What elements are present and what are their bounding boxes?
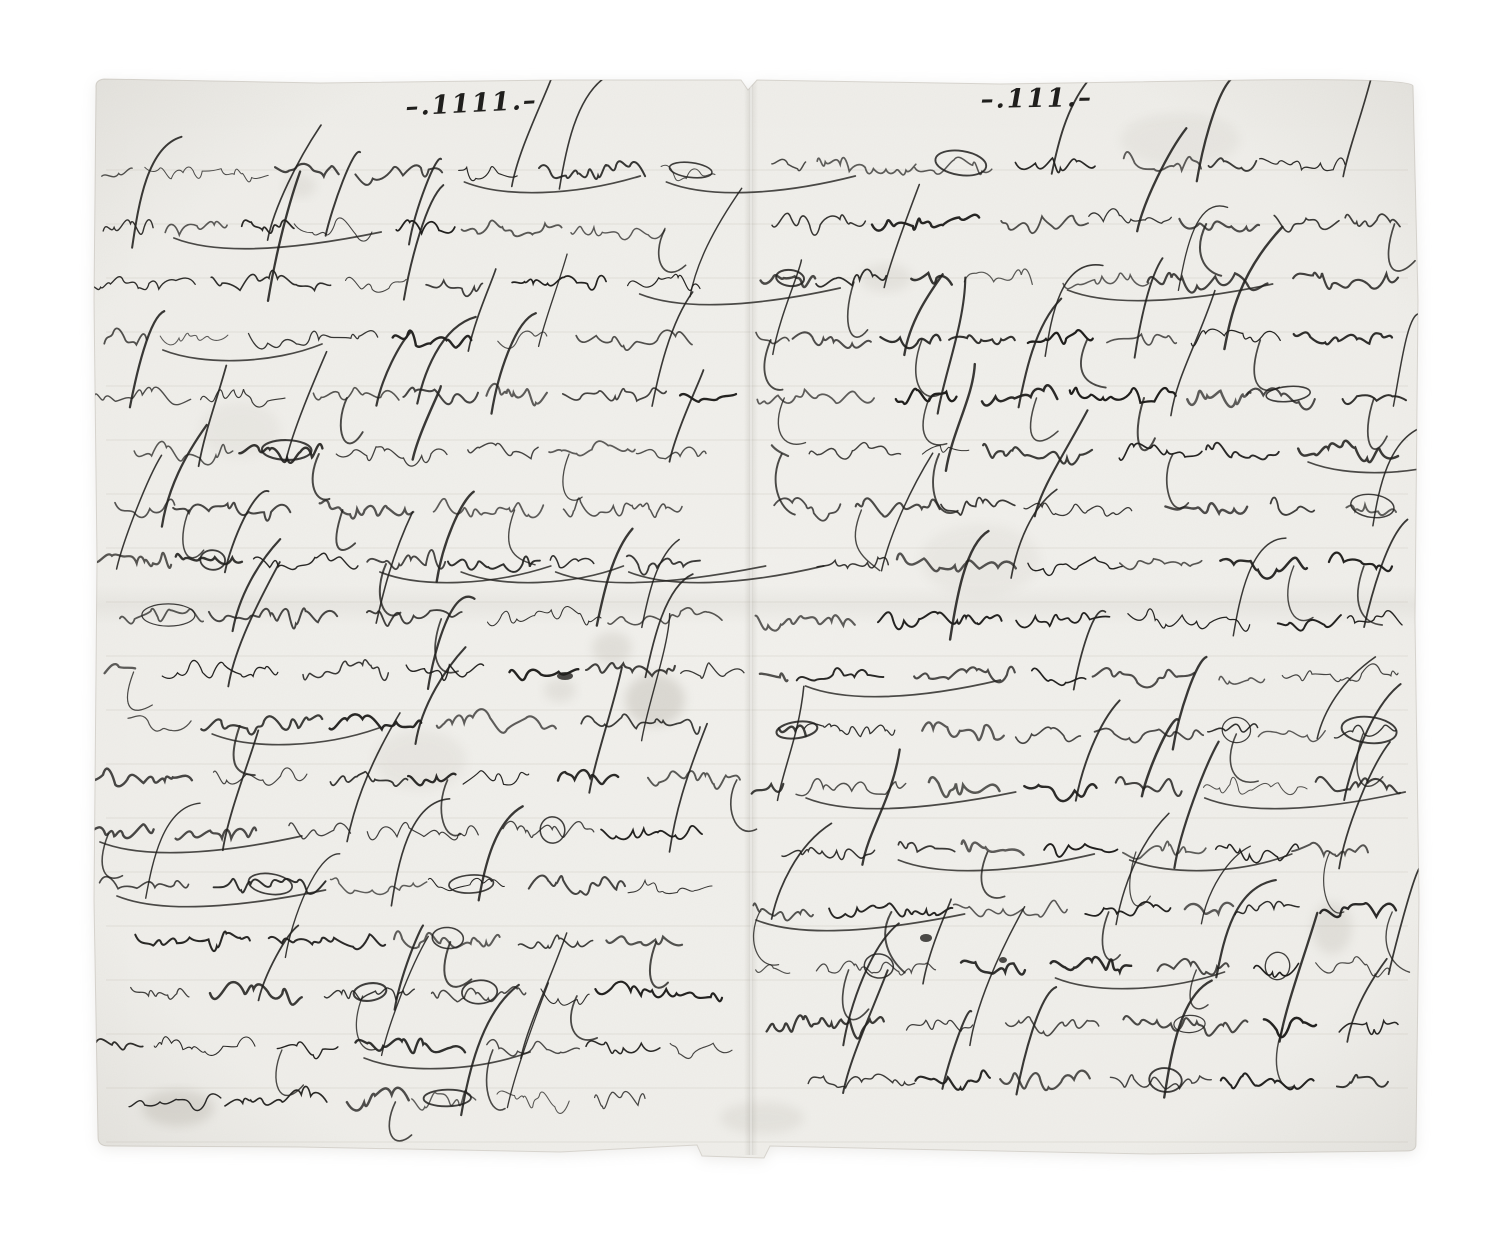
stain (625, 674, 685, 726)
stain (284, 174, 316, 198)
stain (920, 524, 1040, 596)
stain (544, 678, 576, 702)
stain (720, 1102, 804, 1134)
ink-blot (557, 672, 573, 680)
stain (592, 632, 632, 664)
letter-scan: –.1111.– –.111.– (0, 0, 1500, 1240)
letter-scan-svg: –.1111.– –.111.– (0, 0, 1500, 1240)
ink-blot (920, 934, 932, 942)
stain (142, 1090, 214, 1126)
ink-blot (999, 957, 1007, 963)
paper-texture-group (83, 58, 1467, 1160)
center-fold-crease (744, 79, 758, 1155)
page-number-right: –.111.– (980, 83, 1093, 115)
